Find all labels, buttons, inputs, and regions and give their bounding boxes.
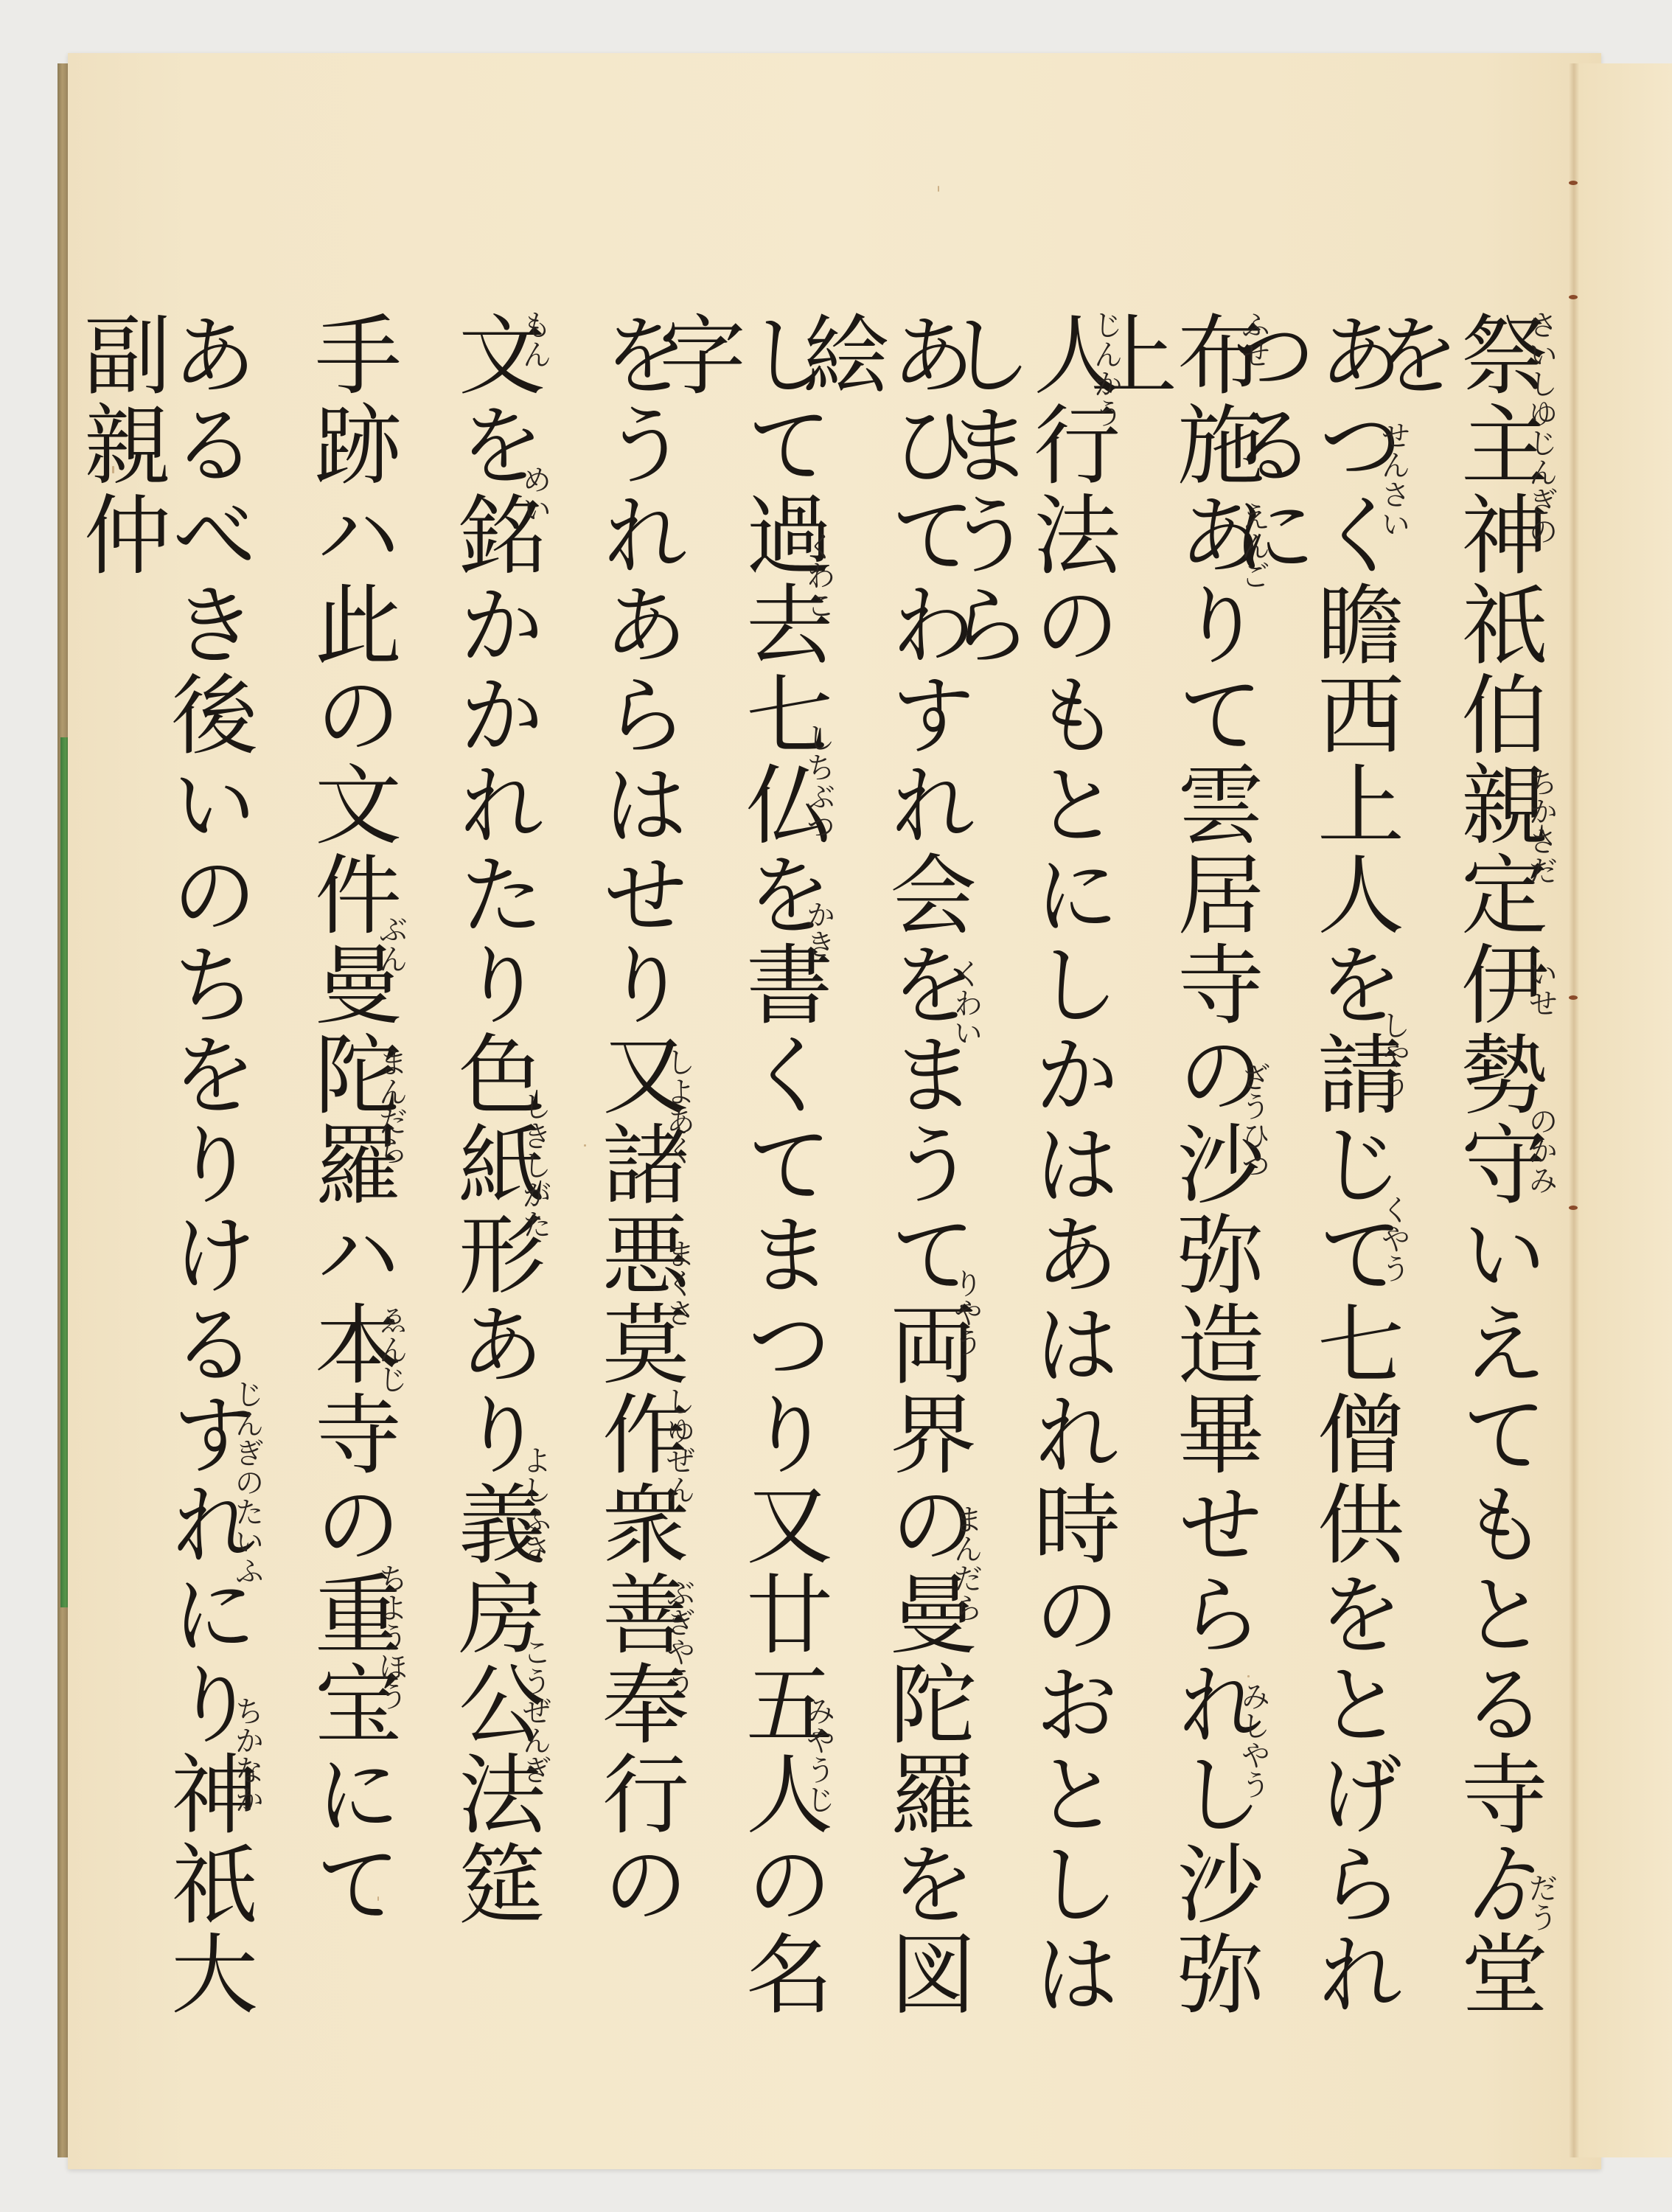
furigana-column-3: ふせ えんご ざうひつ みしやう (1239, 310, 1275, 2079)
furigana-column-9: ぶん まんだら ゑんじ ちようほう (376, 310, 413, 2079)
text-column-9: 手跡ハ此の文件曼陀羅ハ本寺の重宝にて (262, 310, 394, 2079)
furigana: くわい (951, 959, 980, 1047)
furigana: ぶん (376, 914, 405, 973)
binding-hole (1569, 295, 1578, 299)
furigana: くやう (1379, 1194, 1408, 1283)
furigana: ぶぎやう (663, 1578, 693, 1696)
furigana: しちぶつ (804, 723, 833, 841)
furigana: じんかう (1091, 310, 1121, 428)
furigana: えんご (1239, 501, 1268, 590)
furigana: まくさ (663, 1239, 693, 1327)
furigana: じんぎのたいふ (232, 1379, 262, 1585)
furigana: ちかなか (232, 1696, 262, 1814)
text-column-5: あひてわすれ会をまうて両界の曼陀羅を図絵 (837, 310, 969, 2079)
furigana: みしやう (1239, 1681, 1268, 1799)
furigana-column-4: じんかう (1091, 310, 1128, 2079)
furigana: めい (520, 465, 549, 524)
furigana-column-7: しよあく まくさ しゆぜん ぶぎやう (663, 310, 700, 2079)
furigana: しきしがた (520, 1091, 549, 1239)
furigana-column-10: じんぎのたいふ ちかなか (232, 310, 269, 2079)
text-column-7: をうれあらはせり又諸悪莫作衆善奉行の (549, 310, 682, 2079)
furigana: だう (1526, 1873, 1556, 1932)
furigana-column-2: せんさい しやう くやう (1379, 310, 1415, 2079)
text-column-1: 祭主神祇伯親定伊勢守いえてもとる寺ゟ堂を (1408, 310, 1541, 2079)
furigana: よしふさ (520, 1445, 549, 1563)
furigana: さいしゆじんぎの (1526, 310, 1556, 546)
furigana-column-8: もん めい しきしがた よしふさ こうぜんぎ (520, 310, 557, 2079)
furigana: くわこ (804, 531, 833, 619)
binding-hole (1569, 181, 1578, 185)
furigana-column-1: さいしゆじんぎの ちかさだ いせ のかみ だう (1526, 310, 1563, 2079)
furigana: ゑんじ (376, 1305, 405, 1394)
furigana: ちかさだ (1526, 767, 1556, 885)
furigana-column-5: くわい りやう まんだら (951, 310, 988, 2079)
furigana: ちようほう (376, 1563, 405, 1711)
furigana: いせ (1526, 959, 1556, 1018)
furigana: しゆぜん (663, 1386, 693, 1504)
furigana: まんだら (376, 1047, 405, 1165)
furigana: かき (804, 900, 833, 959)
furigana: こうぜんぎ (520, 1637, 549, 1784)
furigana: ふせ (1239, 310, 1268, 369)
furigana: ざうひつ (1239, 1062, 1268, 1180)
furigana: まんだら (951, 1504, 980, 1622)
furigana: みやうじ (804, 1696, 833, 1814)
furigana: しよあく (663, 1047, 693, 1165)
text-columns: 祭主神祇伯親定伊勢守いえてもとる寺ゟ堂を さいしゆじんぎの ちかさだ いせ のか… (221, 310, 1622, 2079)
furigana: のかみ (1526, 1106, 1556, 1194)
furigana: せんさい (1379, 420, 1408, 538)
furigana-column-6: くわこ しちぶつ かき みやうじ (804, 310, 840, 2079)
text-column-10: あるべき後いのちをりけるすれにり神祇大副親仲 (118, 310, 251, 2079)
furigana: りやう (951, 1268, 980, 1357)
furigana: もん (520, 310, 549, 369)
furigana: しやう (1379, 1010, 1408, 1099)
